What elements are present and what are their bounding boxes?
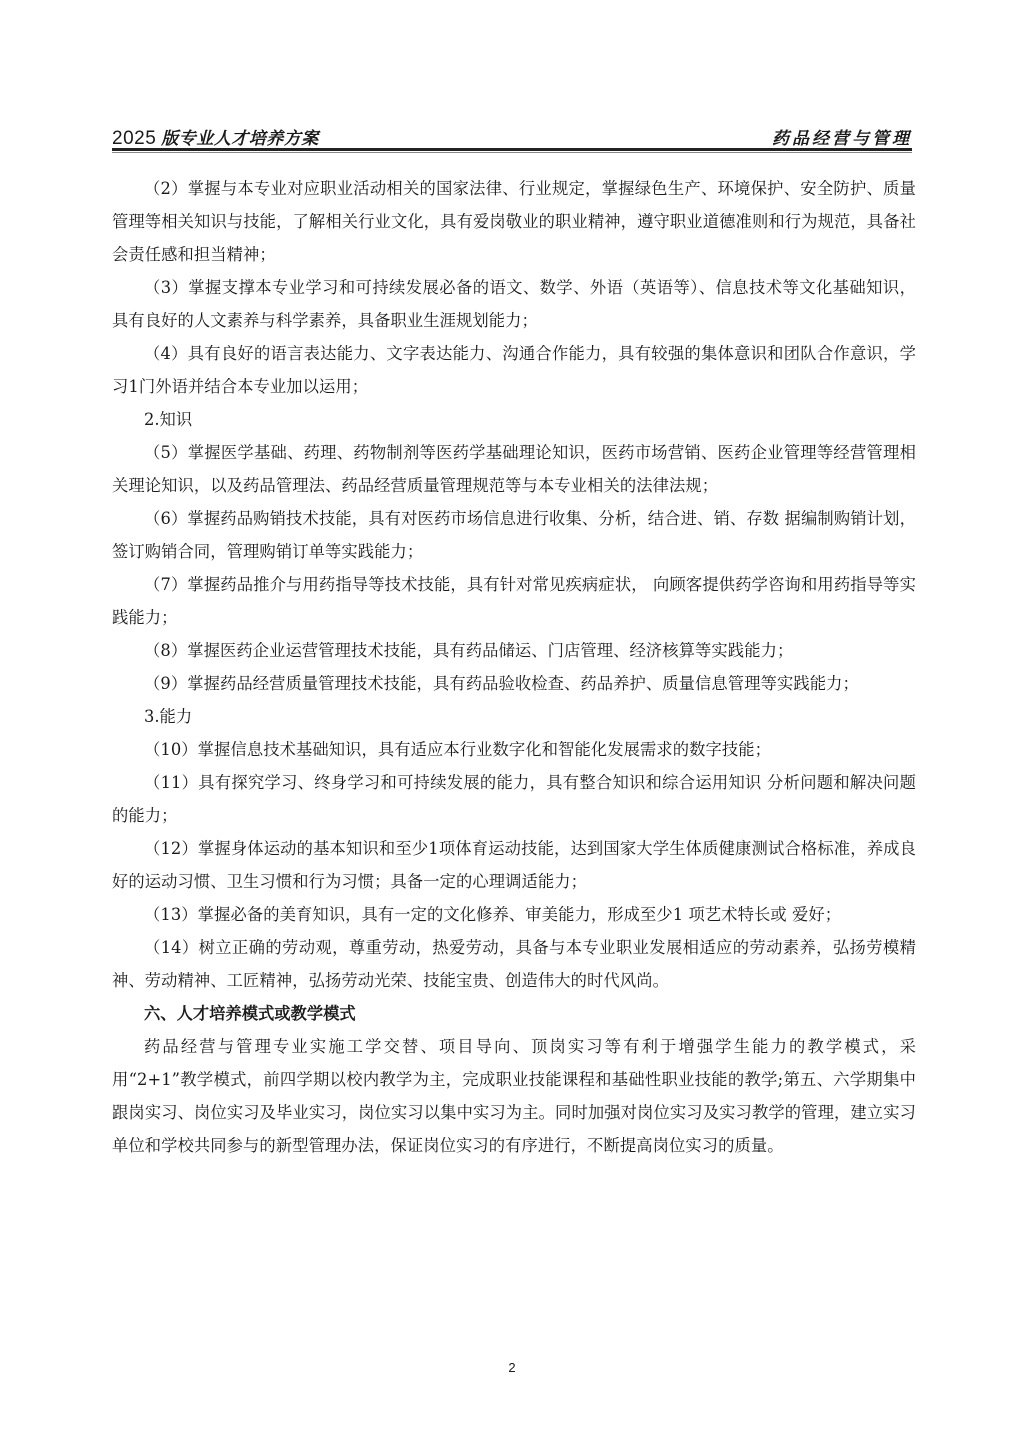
header-year: 2025 <box>112 128 156 149</box>
subsection-ability: 3.能力 <box>112 700 916 733</box>
section-heading-training-mode: 六、人才培养模式或教学模式 <box>112 997 916 1030</box>
paragraph-item-4: （4）具有良好的语言表达能力、文字表达能力、沟通合作能力，具有较强的集体意识和团… <box>112 337 916 403</box>
header-program-title: 2025 版专业人才培养方案 <box>112 124 319 150</box>
page-number: 2 <box>0 1360 1024 1375</box>
paragraph-item-13: （13）掌握必备的美育知识，具有一定的文化修养、审美能力，形成至少1 项艺术特长… <box>112 898 916 931</box>
paragraph-item-3: （3）掌握支撑本专业学习和可持续发展必备的语文、数学、外语（英语等）、信息技术等… <box>112 271 916 337</box>
header-rule-thin <box>112 152 912 153</box>
paragraph-item-11: （11）具有探究学习、终身学习和可持续发展的能力，具有整合知识和综合运用知识 分… <box>112 766 916 832</box>
paragraph-item-2: （2）掌握与本专业对应职业活动相关的国家法律、行业规定，掌握绿色生产、环境保护、… <box>112 172 916 271</box>
paragraph-item-12: （12）掌握身体运动的基本知识和至少1项体育运动技能，达到国家大学生体质健康测试… <box>112 832 916 898</box>
paragraph-item-6: （6）掌握药品购销技术技能，具有对医药市场信息进行收集、分析，结合进、销、存数 … <box>112 502 916 568</box>
paragraph-item-9: （9）掌握药品经营质量管理技术技能，具有药品验收检查、药品养护、质量信息管理等实… <box>112 667 916 700</box>
header-major-name: 药品经营与管理 <box>772 124 912 149</box>
paragraph-item-8: （8）掌握医药企业运营管理技术技能，具有药品储运、门店管理、经济核算等实践能力； <box>112 634 916 667</box>
paragraph-item-5: （5）掌握医学基础、药理、药物制剂等医药学基础理论知识，医药市场营销、医药企业管… <box>112 436 916 502</box>
page-header: 2025 版专业人才培养方案 药品经营与管理 <box>112 122 912 150</box>
header-rule-thick <box>112 148 912 151</box>
paragraph-item-14: （14）树立正确的劳动观，尊重劳动，热爱劳动，具备与本专业职业发展相适应的劳动素… <box>112 931 916 997</box>
subsection-knowledge: 2.知识 <box>112 403 916 436</box>
header-title-text: 版专业人才培养方案 <box>161 129 319 148</box>
document-body: （2）掌握与本专业对应职业活动相关的国家法律、行业规定，掌握绿色生产、环境保护、… <box>112 172 916 1162</box>
paragraph-item-10: （10）掌握信息技术基础知识，具有适应本行业数字化和智能化发展需求的数字技能； <box>112 733 916 766</box>
paragraph-item-7: （7）掌握药品推介与用药指导等技术技能，具有针对常见疾病症状， 向顾客提供药学咨… <box>112 568 916 634</box>
paragraph-training-mode: 药品经营与管理专业实施工学交替、项目导向、顶岗实习等有利于增强学生能力的教学模式… <box>112 1030 916 1162</box>
